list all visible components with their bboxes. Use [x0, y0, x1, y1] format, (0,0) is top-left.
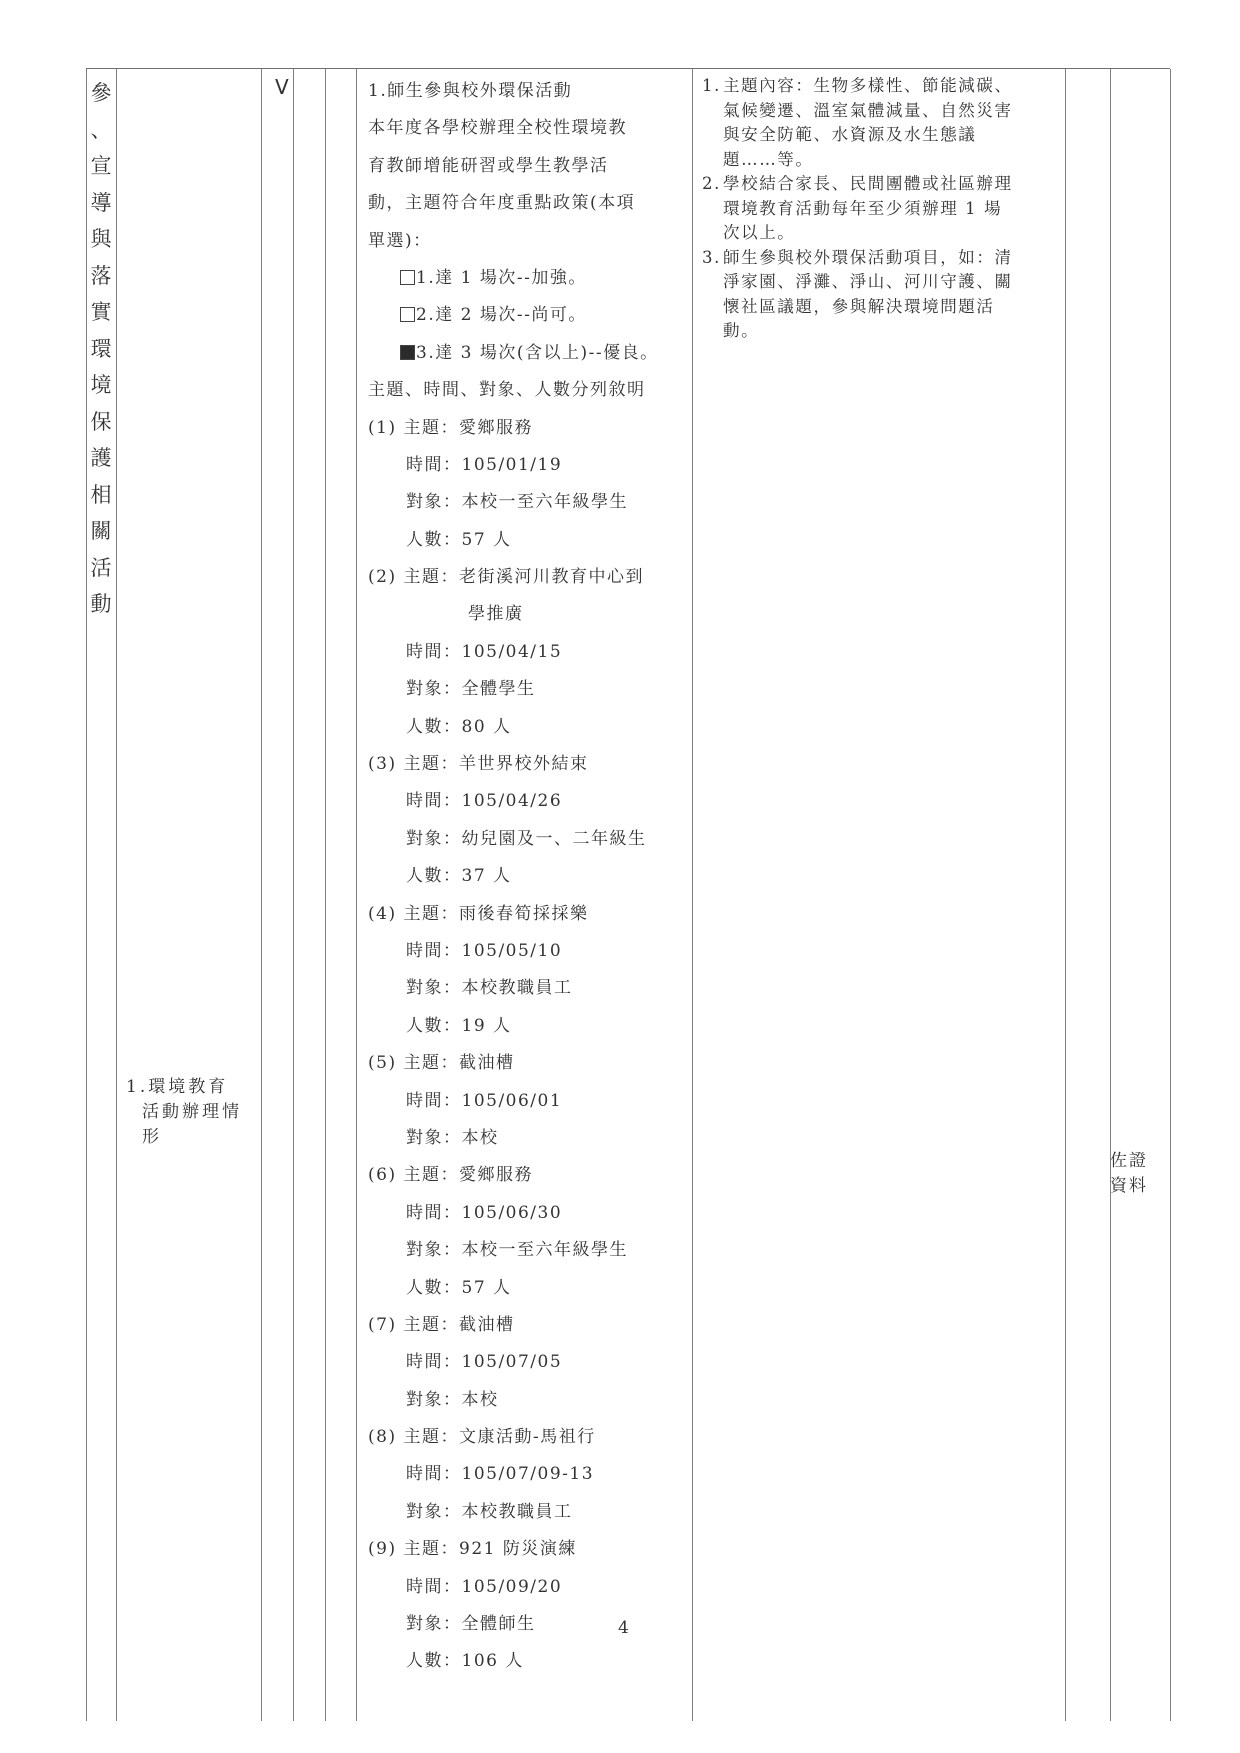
- activity-time: 時間：105/07/09-13: [368, 1456, 698, 1493]
- item-title: 1.環境教育 活動辦理情 形: [126, 1075, 244, 1150]
- column-divider: [1065, 69, 1066, 1721]
- activity-target: 對象：本校一至六年級學生: [368, 1232, 698, 1269]
- activity-number: (7): [368, 1315, 397, 1335]
- activity-count: 人數：106 人: [368, 1643, 698, 1680]
- content-desc-line: 本年度各學校辦理全校性環境教: [368, 110, 698, 147]
- summary-line: 主題、時間、對象、人數分列敘明: [368, 372, 698, 409]
- column-divider: [261, 69, 262, 1721]
- note-line: 氣候變遷、溫室氣體減量、自然災害: [723, 99, 1048, 124]
- note-line: 學校結合家長、民間團體或社區辦理: [723, 172, 1048, 197]
- activity-item: (1) 主題：愛鄉服務 時間：105/01/19 對象：本校一至六年級學生 人數…: [368, 410, 698, 560]
- note-line: 主題內容：生物多樣性、節能減碳、: [723, 74, 1048, 99]
- activity-number: (2): [368, 567, 397, 587]
- evidence-label: 佐證 資料: [1110, 1149, 1150, 1199]
- note-number: 3.: [702, 246, 721, 271]
- section-title-char: 、: [86, 112, 116, 149]
- option-label: 3.達 3 場次(含以上)--優良。: [416, 343, 659, 363]
- section-title-char: 動: [86, 586, 116, 623]
- activity-topic: 主題：截油槽: [404, 1315, 515, 1335]
- note-line: 環境教育活動每年至少須辦理 1 場: [723, 197, 1048, 222]
- note-line: 淨家園、淨灘、淨山、河川守護、關: [723, 270, 1048, 295]
- activity-target: 對象：本校: [368, 1382, 698, 1419]
- page-number: 4: [618, 1618, 629, 1638]
- content-desc-line: 單選)：: [368, 223, 698, 260]
- note-line: 師生參與校外環保活動項目，如：清: [723, 246, 1048, 271]
- activity-count: 人數：19 人: [368, 1008, 698, 1045]
- check-mark: V: [275, 75, 289, 99]
- activity-count: 人數：37 人: [368, 858, 698, 895]
- activity-time: 時間：105/06/30: [368, 1195, 698, 1232]
- evaluation-table: 參 、 宣 導 與 落 實 環 境 保 護 相 關 活 動 1.環境教育 活動辦…: [86, 68, 1170, 1721]
- activity-topic: 主題：羊世界校外結束: [404, 754, 589, 774]
- section-title-char: 境: [86, 367, 116, 404]
- evidence-line: 資料: [1110, 1174, 1150, 1199]
- note-item: 3. 師生參與校外環保活動項目，如：清 淨家園、淨灘、淨山、河川守護、關 懷社區…: [702, 246, 1048, 344]
- activity-item: (8) 主題：文康活動-馬祖行 時間：105/07/09-13 對象：本校教職員…: [368, 1419, 698, 1531]
- activity-item: (7) 主題：截油槽 時間：105/07/05 對象：本校: [368, 1307, 698, 1419]
- activity-time: 時間：105/07/05: [368, 1344, 698, 1381]
- activity-topic: 主題：截油槽: [404, 1053, 515, 1073]
- activity-number: (8): [368, 1427, 397, 1447]
- note-line: 懷社區議題，參與解決環境問題活: [723, 295, 1048, 320]
- checkbox-unchecked-icon[interactable]: [400, 270, 415, 285]
- activity-number: (6): [368, 1165, 397, 1185]
- content-desc-line: 育教師增能研習或學生教學活: [368, 148, 698, 185]
- activity-target: 對象：全體師生: [368, 1606, 698, 1643]
- activity-topic: 主題：文康活動-馬祖行: [404, 1427, 596, 1447]
- activity-item: (2) 主題：老街溪河川教育中心到 學推廣 時間：105/04/15 對象：全體…: [368, 559, 698, 746]
- checkbox-checked-icon[interactable]: [400, 345, 415, 360]
- activity-item: (4) 主題：雨後春筍採採樂 時間：105/05/10 對象：本校教職員工 人數…: [368, 896, 698, 1046]
- note-line: 與安全防範、水資源及水生態議: [723, 123, 1048, 148]
- note-number: 2.: [702, 172, 721, 197]
- activity-number: (1): [368, 418, 397, 438]
- section-title-char: 與: [86, 221, 116, 258]
- activity-topic-cont: 學推廣: [368, 596, 698, 633]
- activity-topic: 主題：921 防災演練: [404, 1539, 577, 1559]
- activity-time: 時間：105/04/26: [368, 783, 698, 820]
- activity-item: (5) 主題：截油槽 時間：105/06/01 對象：本校: [368, 1045, 698, 1157]
- section-title-char: 宣: [86, 148, 116, 185]
- note-line: 次以上。: [723, 221, 1048, 246]
- checkbox-unchecked-icon[interactable]: [400, 307, 415, 322]
- activity-count: 人數：80 人: [368, 709, 698, 746]
- column-divider: [116, 69, 117, 1721]
- activity-item: (9) 主題：921 防災演練 時間：105/09/20 對象：全體師生 人數：…: [368, 1531, 698, 1681]
- activity-target: 對象：本校一至六年級學生: [368, 484, 698, 521]
- section-title-char: 護: [86, 440, 116, 477]
- activity-count: 人數：57 人: [368, 522, 698, 559]
- section-title-char: 參: [86, 75, 116, 112]
- note-number: 1.: [702, 74, 721, 99]
- option-label: 1.達 1 場次--加強。: [416, 268, 587, 288]
- activity-topic: 主題：愛鄉服務: [404, 418, 534, 438]
- note-item: 2. 學校結合家長、民間團體或社區辦理 環境教育活動每年至少須辦理 1 場 次以…: [702, 172, 1048, 246]
- activity-topic: 主題：雨後春筍採採樂: [404, 904, 589, 924]
- activity-time: 時間：105/04/15: [368, 634, 698, 671]
- activity-count: 人數：57 人: [368, 1270, 698, 1307]
- item-title-line: 1.環境教育: [126, 1077, 228, 1097]
- column-divider: [1110, 69, 1111, 1721]
- activity-number: (5): [368, 1053, 397, 1073]
- section-title-char: 保: [86, 404, 116, 441]
- section-title-char: 相: [86, 477, 116, 514]
- evaluation-notes: 1. 主題內容：生物多樣性、節能減碳、 氣候變遷、溫室氣體減量、自然災害 與安全…: [702, 74, 1048, 344]
- section-title-char: 活: [86, 550, 116, 587]
- activity-time: 時間：105/06/01: [368, 1083, 698, 1120]
- activity-number: (3): [368, 754, 397, 774]
- column-divider: [356, 69, 357, 1721]
- item-title-line: 活動辦理情: [126, 1100, 244, 1125]
- note-item: 1. 主題內容：生物多樣性、節能減碳、 氣候變遷、溫室氣體減量、自然災害 與安全…: [702, 74, 1048, 172]
- option-level-1[interactable]: 1.達 1 場次--加強。: [368, 260, 698, 297]
- section-title-char: 實: [86, 294, 116, 331]
- evaluation-content: 1.師生參與校外環保活動 本年度各學校辦理全校性環境教 育教師增能研習或學生教學…: [368, 73, 698, 1681]
- activity-target: 對象：本校教職員工: [368, 1494, 698, 1531]
- activity-target: 對象：幼兒園及一、二年級生: [368, 821, 698, 858]
- section-title-vertical: 參 、 宣 導 與 落 實 環 境 保 護 相 關 活 動: [86, 75, 116, 623]
- option-level-3[interactable]: 3.達 3 場次(含以上)--優良。: [368, 335, 698, 372]
- table-border-right: [1170, 69, 1171, 1721]
- activity-item: (6) 主題：愛鄉服務 時間：105/06/30 對象：本校一至六年級學生 人數…: [368, 1157, 698, 1307]
- section-title-char: 落: [86, 258, 116, 295]
- evidence-line: 佐證: [1110, 1149, 1150, 1174]
- note-line: 題……等。: [723, 148, 1048, 173]
- activity-time: 時間：105/05/10: [368, 933, 698, 970]
- activity-time: 時間：105/09/20: [368, 1569, 698, 1606]
- option-label: 2.達 2 場次--尚可。: [416, 305, 587, 325]
- activity-number: (4): [368, 904, 397, 924]
- note-line: 動。: [723, 319, 1048, 344]
- section-title-char: 關: [86, 513, 116, 550]
- activity-target: 對象：本校教職員工: [368, 970, 698, 1007]
- activity-time: 時間：105/01/19: [368, 447, 698, 484]
- activity-topic: 主題：愛鄉服務: [404, 1165, 534, 1185]
- item-title-line: 形: [126, 1125, 244, 1150]
- option-level-2[interactable]: 2.達 2 場次--尚可。: [368, 297, 698, 334]
- activity-target: 對象：本校: [368, 1120, 698, 1157]
- activity-topic: 主題：老街溪河川教育中心到: [404, 567, 645, 587]
- content-heading: 1.師生參與校外環保活動: [368, 73, 698, 110]
- column-divider: [293, 69, 294, 1721]
- column-divider: [325, 69, 326, 1721]
- content-desc-line: 動，主題符合年度重點政策(本項: [368, 185, 698, 222]
- activity-item: (3) 主題：羊世界校外結束 時間：105/04/26 對象：幼兒園及一、二年級…: [368, 746, 698, 896]
- activity-number: (9): [368, 1539, 397, 1559]
- activity-target: 對象：全體學生: [368, 671, 698, 708]
- section-title-char: 導: [86, 185, 116, 222]
- section-title-char: 環: [86, 331, 116, 368]
